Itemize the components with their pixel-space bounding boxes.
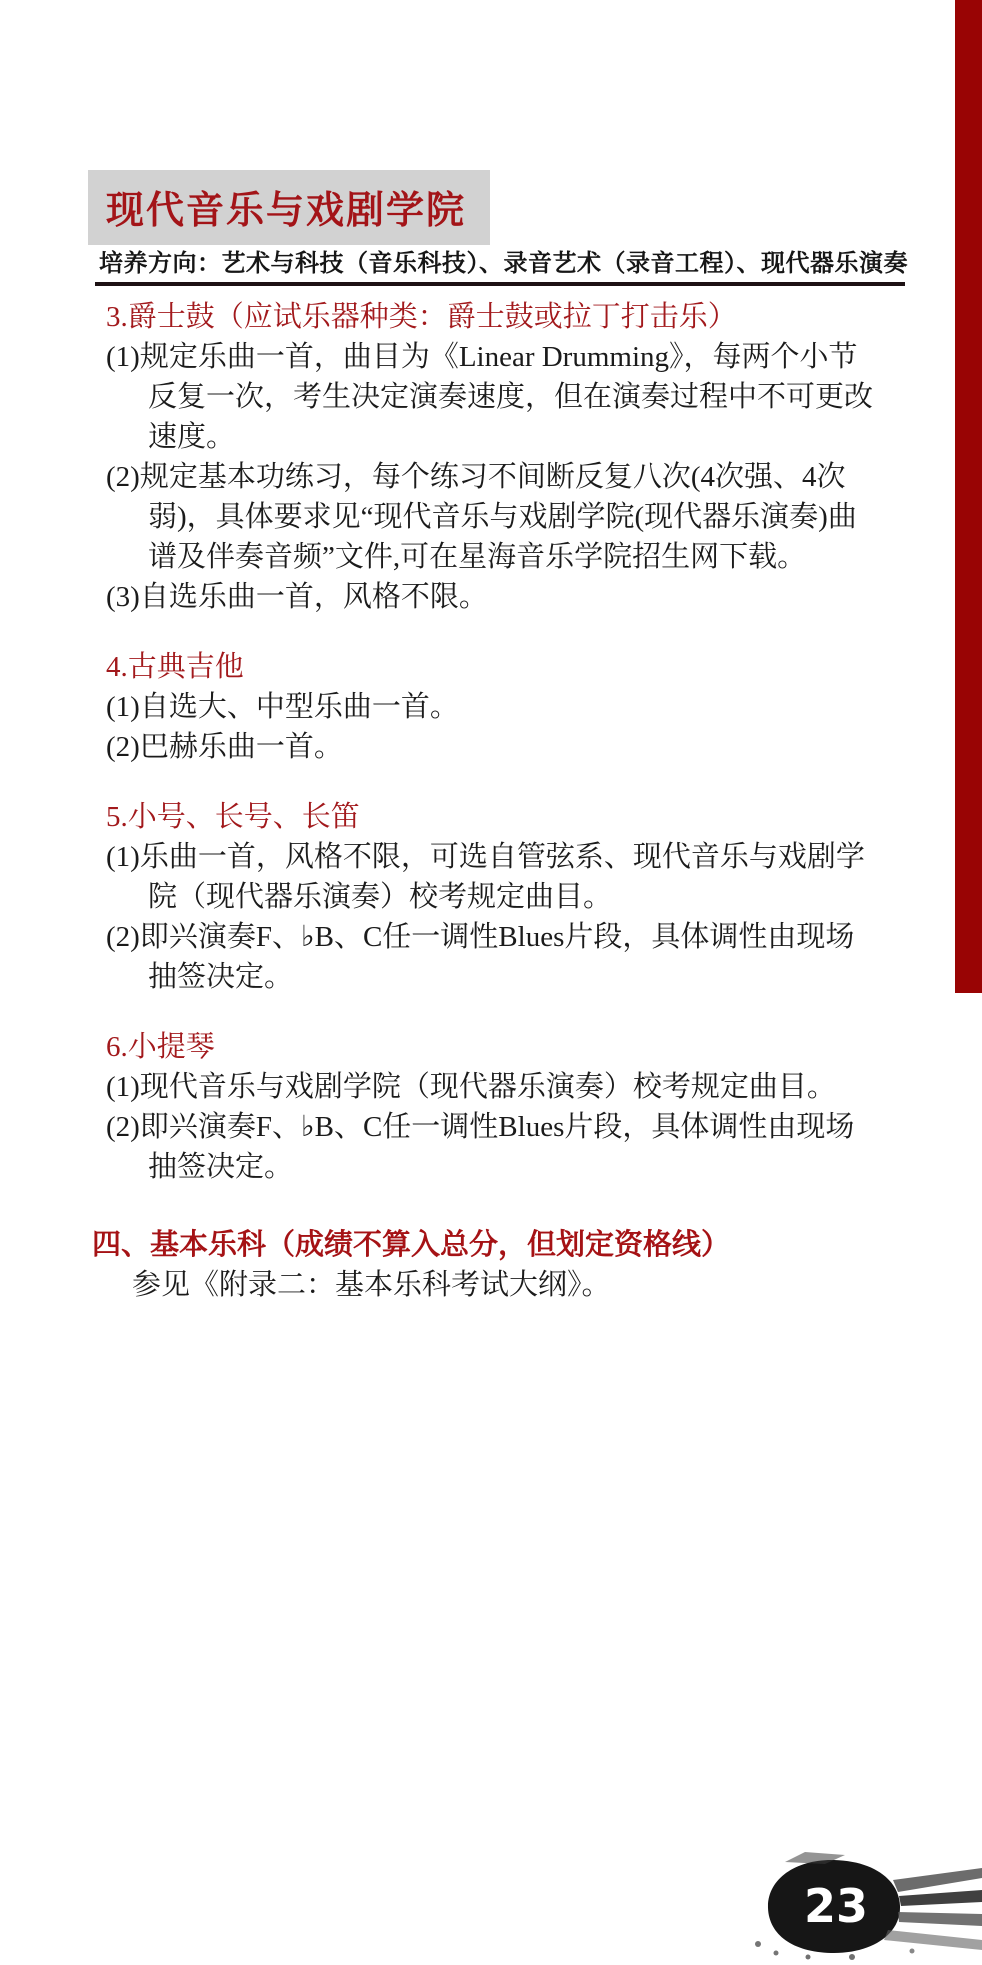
final-section-heading: 四、基本乐科（成绩不算入总分，但划定资格线） <box>92 1225 918 1265</box>
text-line: 速度。 <box>148 417 918 457</box>
final-section: 四、基本乐科（成绩不算入总分，但划定资格线） 参见《附录二：基本乐科考试大纲》。 <box>106 1225 918 1305</box>
text-line: (1)自选大、中型乐曲一首。 <box>106 687 918 727</box>
exam-section: 4.古典吉他(1)自选大、中型乐曲一首。(2)巴赫乐曲一首。 <box>106 647 918 767</box>
text-line: (2)即兴演奏F、♭B、C任一调性Blues片段，具体调性由现场 <box>106 1107 918 1147</box>
ink-streak-1 <box>893 1868 982 1892</box>
ink-speck-3 <box>806 1955 811 1960</box>
text-line: (2)巴赫乐曲一首。 <box>106 727 918 767</box>
document-content: 3.爵士鼓（应试乐器种类：爵士鼓或拉丁打击乐）(1)规定乐曲一首，曲目为《Lin… <box>106 297 918 1305</box>
page-number: 23 <box>804 1879 868 1933</box>
text-line: (1)现代音乐与戏剧学院（现代器乐演奏）校考规定曲目。 <box>106 1067 918 1107</box>
text-line: (2)规定基本功练习，每个练习不间断反复八次(4次强、4次 <box>106 457 918 497</box>
sections-list: 3.爵士鼓（应试乐器种类：爵士鼓或拉丁打击乐）(1)规定乐曲一首，曲目为《Lin… <box>106 297 918 1187</box>
ink-speck-2 <box>774 1951 779 1956</box>
exam-section: 6.小提琴(1)现代音乐与戏剧学院（现代器乐演奏）校考规定曲目。(2)即兴演奏F… <box>106 1027 918 1187</box>
text-line: 抽签决定。 <box>148 957 918 997</box>
section-heading: 6.小提琴 <box>106 1027 918 1067</box>
text-line: (1)乐曲一首，风格不限，可选自管弦系、现代音乐与戏剧学 <box>106 837 918 877</box>
text-line: 抽签决定。 <box>148 1147 918 1187</box>
ink-streak-3 <box>898 1912 982 1926</box>
ink-streak-2 <box>899 1890 982 1906</box>
college-title: 现代音乐与戏剧学院 <box>88 170 490 245</box>
text-line: 弱)，具体要求见“现代音乐与戏剧学院(现代器乐演奏)曲 <box>148 497 918 537</box>
ink-speck-1 <box>755 1941 761 1947</box>
section-heading: 3.爵士鼓（应试乐器种类：爵士鼓或拉丁打击乐） <box>106 297 918 337</box>
ink-speck-5 <box>910 1949 915 1954</box>
ink-speck-4 <box>849 1954 855 1960</box>
section-heading: 5.小号、长号、长笛 <box>106 797 918 837</box>
right-red-bar <box>955 0 982 993</box>
text-line: (1)规定乐曲一首，曲目为《Linear Drumming》，每两个小节 <box>106 337 918 377</box>
exam-section: 5.小号、长号、长笛(1)乐曲一首，风格不限，可选自管弦系、现代音乐与戏剧学院（… <box>106 797 918 997</box>
ink-brush-page-number: 23 <box>600 1850 982 1965</box>
text-line: 院（现代器乐演奏）校考规定曲目。 <box>148 877 918 917</box>
final-section-body: 参见《附录二：基本乐科考试大纲》。 <box>132 1265 918 1305</box>
text-line: (2)即兴演奏F、♭B、C任一调性Blues片段，具体调性由现场 <box>106 917 918 957</box>
training-direction-subtitle: 培养方向：艺术与科技（音乐科技）、录音艺术（录音工程）、现代器乐演奏 <box>99 243 908 278</box>
text-line: 谱及伴奏音频”文件,可在星海音乐学院招生网下载。 <box>148 537 918 577</box>
text-line: 反复一次，考生决定演奏速度，但在演奏过程中不可更改 <box>148 377 918 417</box>
ink-streak-4 <box>884 1930 982 1950</box>
text-line: (3)自选乐曲一首，风格不限。 <box>106 577 918 617</box>
header-rule <box>95 282 905 286</box>
section-heading: 4.古典吉他 <box>106 647 918 687</box>
exam-section: 3.爵士鼓（应试乐器种类：爵士鼓或拉丁打击乐）(1)规定乐曲一首，曲目为《Lin… <box>106 297 918 617</box>
